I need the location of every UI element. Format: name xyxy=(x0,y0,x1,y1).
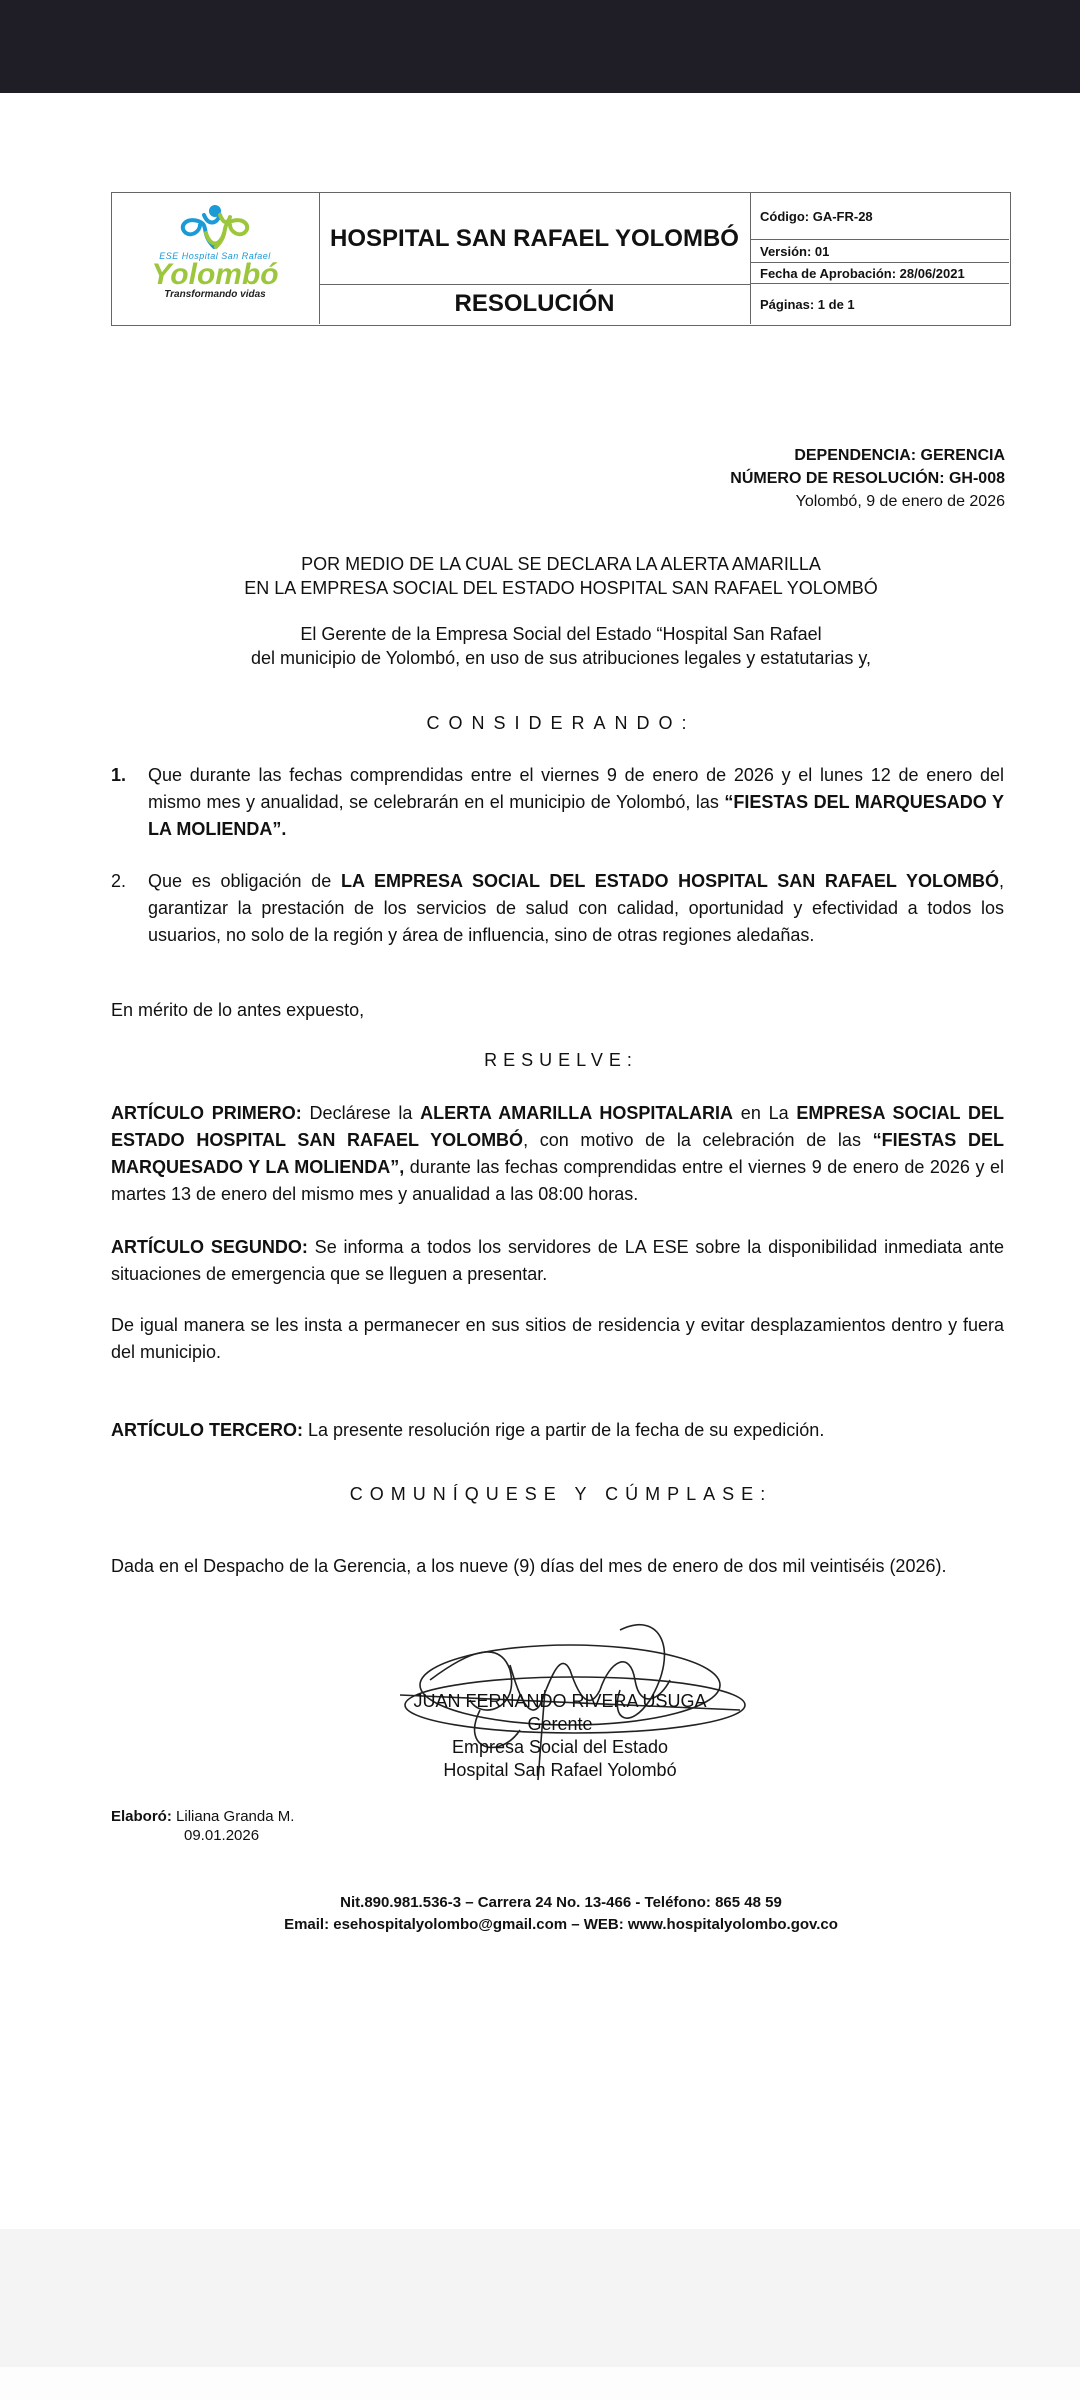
intro-line-1: El Gerente de la Empresa Social del Esta… xyxy=(111,622,1011,646)
document-footer: Nit.890.981.536-3 – Carrera 24 No. 13-46… xyxy=(111,1892,1011,1936)
prepared-by-date: 09.01.2026 xyxy=(111,1826,294,1845)
hospital-logo-icon xyxy=(170,203,260,253)
article-text: en La xyxy=(733,1103,796,1123)
document-type: RESOLUCIÓN xyxy=(319,285,750,323)
item-number: 1. xyxy=(111,762,126,789)
article-label: ARTÍCULO PRIMERO: xyxy=(111,1103,302,1123)
item-pre-text: Que es obligación de xyxy=(148,871,341,891)
article-second: ARTÍCULO SEGUNDO: Se informa a todos los… xyxy=(111,1234,1004,1288)
hospital-logo: ESE Hospital San Rafael Yolombó Transfor… xyxy=(140,203,290,313)
header-title-cell: HOSPITAL SAN RAFAEL YOLOMBÓ RESOLUCIÓN xyxy=(319,193,751,324)
article-text: , con motivo de la celebración de las xyxy=(523,1130,873,1150)
document-version: Versión: 01 xyxy=(751,240,1009,263)
institution-name: HOSPITAL SAN RAFAEL YOLOMBÓ xyxy=(319,193,750,285)
signer-org-1: Empresa Social del Estado xyxy=(360,1736,760,1759)
article-text: La presente resolución rige a partir de … xyxy=(303,1420,824,1440)
item-number: 2. xyxy=(111,868,126,895)
additional-instruction: De igual manera se les insta a permanece… xyxy=(111,1312,1004,1366)
considerando-item: 2. Que es obligación de LA EMPRESA SOCIA… xyxy=(111,868,1004,949)
place-date: Yolombó, 9 de enero de 2026 xyxy=(730,490,1005,513)
header-metadata-cell: Código: GA-FR-28 Versión: 01 Fecha de Ap… xyxy=(751,193,1009,324)
resolution-title: POR MEDIO DE LA CUAL SE DECLARA LA ALERT… xyxy=(111,552,1011,600)
signature-block: JUAN FERNANDO RIVERA USUGA Gerente Empre… xyxy=(360,1690,760,1782)
prepared-by: Elaboró: Liliana Granda M. 09.01.2026 xyxy=(111,1807,294,1845)
bottom-nav-strip xyxy=(0,2367,1080,2400)
prepared-by-name: Liliana Granda M. xyxy=(176,1808,294,1825)
signer-role: Gerente xyxy=(360,1713,760,1736)
considerando-item: 1. Que durante las fechas comprendidas e… xyxy=(111,762,1004,843)
considerando-heading: CONSIDERANDO: xyxy=(111,713,1011,734)
logo-cell: ESE Hospital San Rafael Yolombó Transfor… xyxy=(112,193,320,324)
document-header-table: ESE Hospital San Rafael Yolombó Transfor… xyxy=(111,192,1011,326)
title-line-1: POR MEDIO DE LA CUAL SE DECLARA LA ALERT… xyxy=(111,552,1011,576)
page-count: Páginas: 1 de 1 xyxy=(751,284,1009,324)
article-text: Declárese la xyxy=(302,1103,420,1123)
article-third: ARTÍCULO TERCERO: La presente resolución… xyxy=(111,1417,1004,1444)
dependency: DEPENDENCIA: GERENCIA xyxy=(730,444,1005,467)
article-first: ARTÍCULO PRIMERO: Declárese la ALERTA AM… xyxy=(111,1100,1004,1208)
footer-contact-line: Nit.890.981.536-3 – Carrera 24 No. 13-46… xyxy=(111,1892,1011,1914)
issuance-statement: Dada en el Despacho de la Gerencia, a lo… xyxy=(111,1553,1004,1580)
approval-date: Fecha de Aprobación: 28/06/2021 xyxy=(751,263,1009,284)
footer-email-web-line: Email: esehospitalyolombo@gmail.com – WE… xyxy=(111,1914,1011,1936)
document-code: Código: GA-FR-28 xyxy=(751,193,1009,240)
resolution-number: NÚMERO DE RESOLUCIÓN: GH-008 xyxy=(730,467,1005,490)
article-label: ARTÍCULO TERCERO: xyxy=(111,1420,303,1440)
signer-name: JUAN FERNANDO RIVERA USUGA xyxy=(360,1690,760,1713)
merito-text: En mérito de lo antes expuesto, xyxy=(111,997,1004,1024)
prepared-by-label: Elaboró: xyxy=(111,1808,172,1825)
resuelve-heading: RESUELVE: xyxy=(111,1050,1011,1071)
article-label: ARTÍCULO SEGUNDO: xyxy=(111,1237,308,1257)
signer-org-2: Hospital San Rafael Yolombó xyxy=(360,1759,760,1782)
intro-paragraph: El Gerente de la Empresa Social del Esta… xyxy=(111,622,1011,670)
intro-line-2: del municipio de Yolombó, en uso de sus … xyxy=(111,646,1011,670)
comuniquese-heading: COMUNÍQUESE Y CÚMPLASE: xyxy=(111,1484,1011,1505)
top-system-bar xyxy=(0,0,1080,93)
logo-wordmark: Yolombó xyxy=(140,261,290,289)
article-bold: ALERTA AMARILLA HOSPITALARIA xyxy=(420,1103,733,1123)
title-line-2: EN LA EMPRESA SOCIAL DEL ESTADO HOSPITAL… xyxy=(111,576,1011,600)
resolution-meta: DEPENDENCIA: GERENCIA NÚMERO DE RESOLUCI… xyxy=(730,444,1005,513)
item-bold-text: LA EMPRESA SOCIAL DEL ESTADO HOSPITAL SA… xyxy=(341,871,999,891)
